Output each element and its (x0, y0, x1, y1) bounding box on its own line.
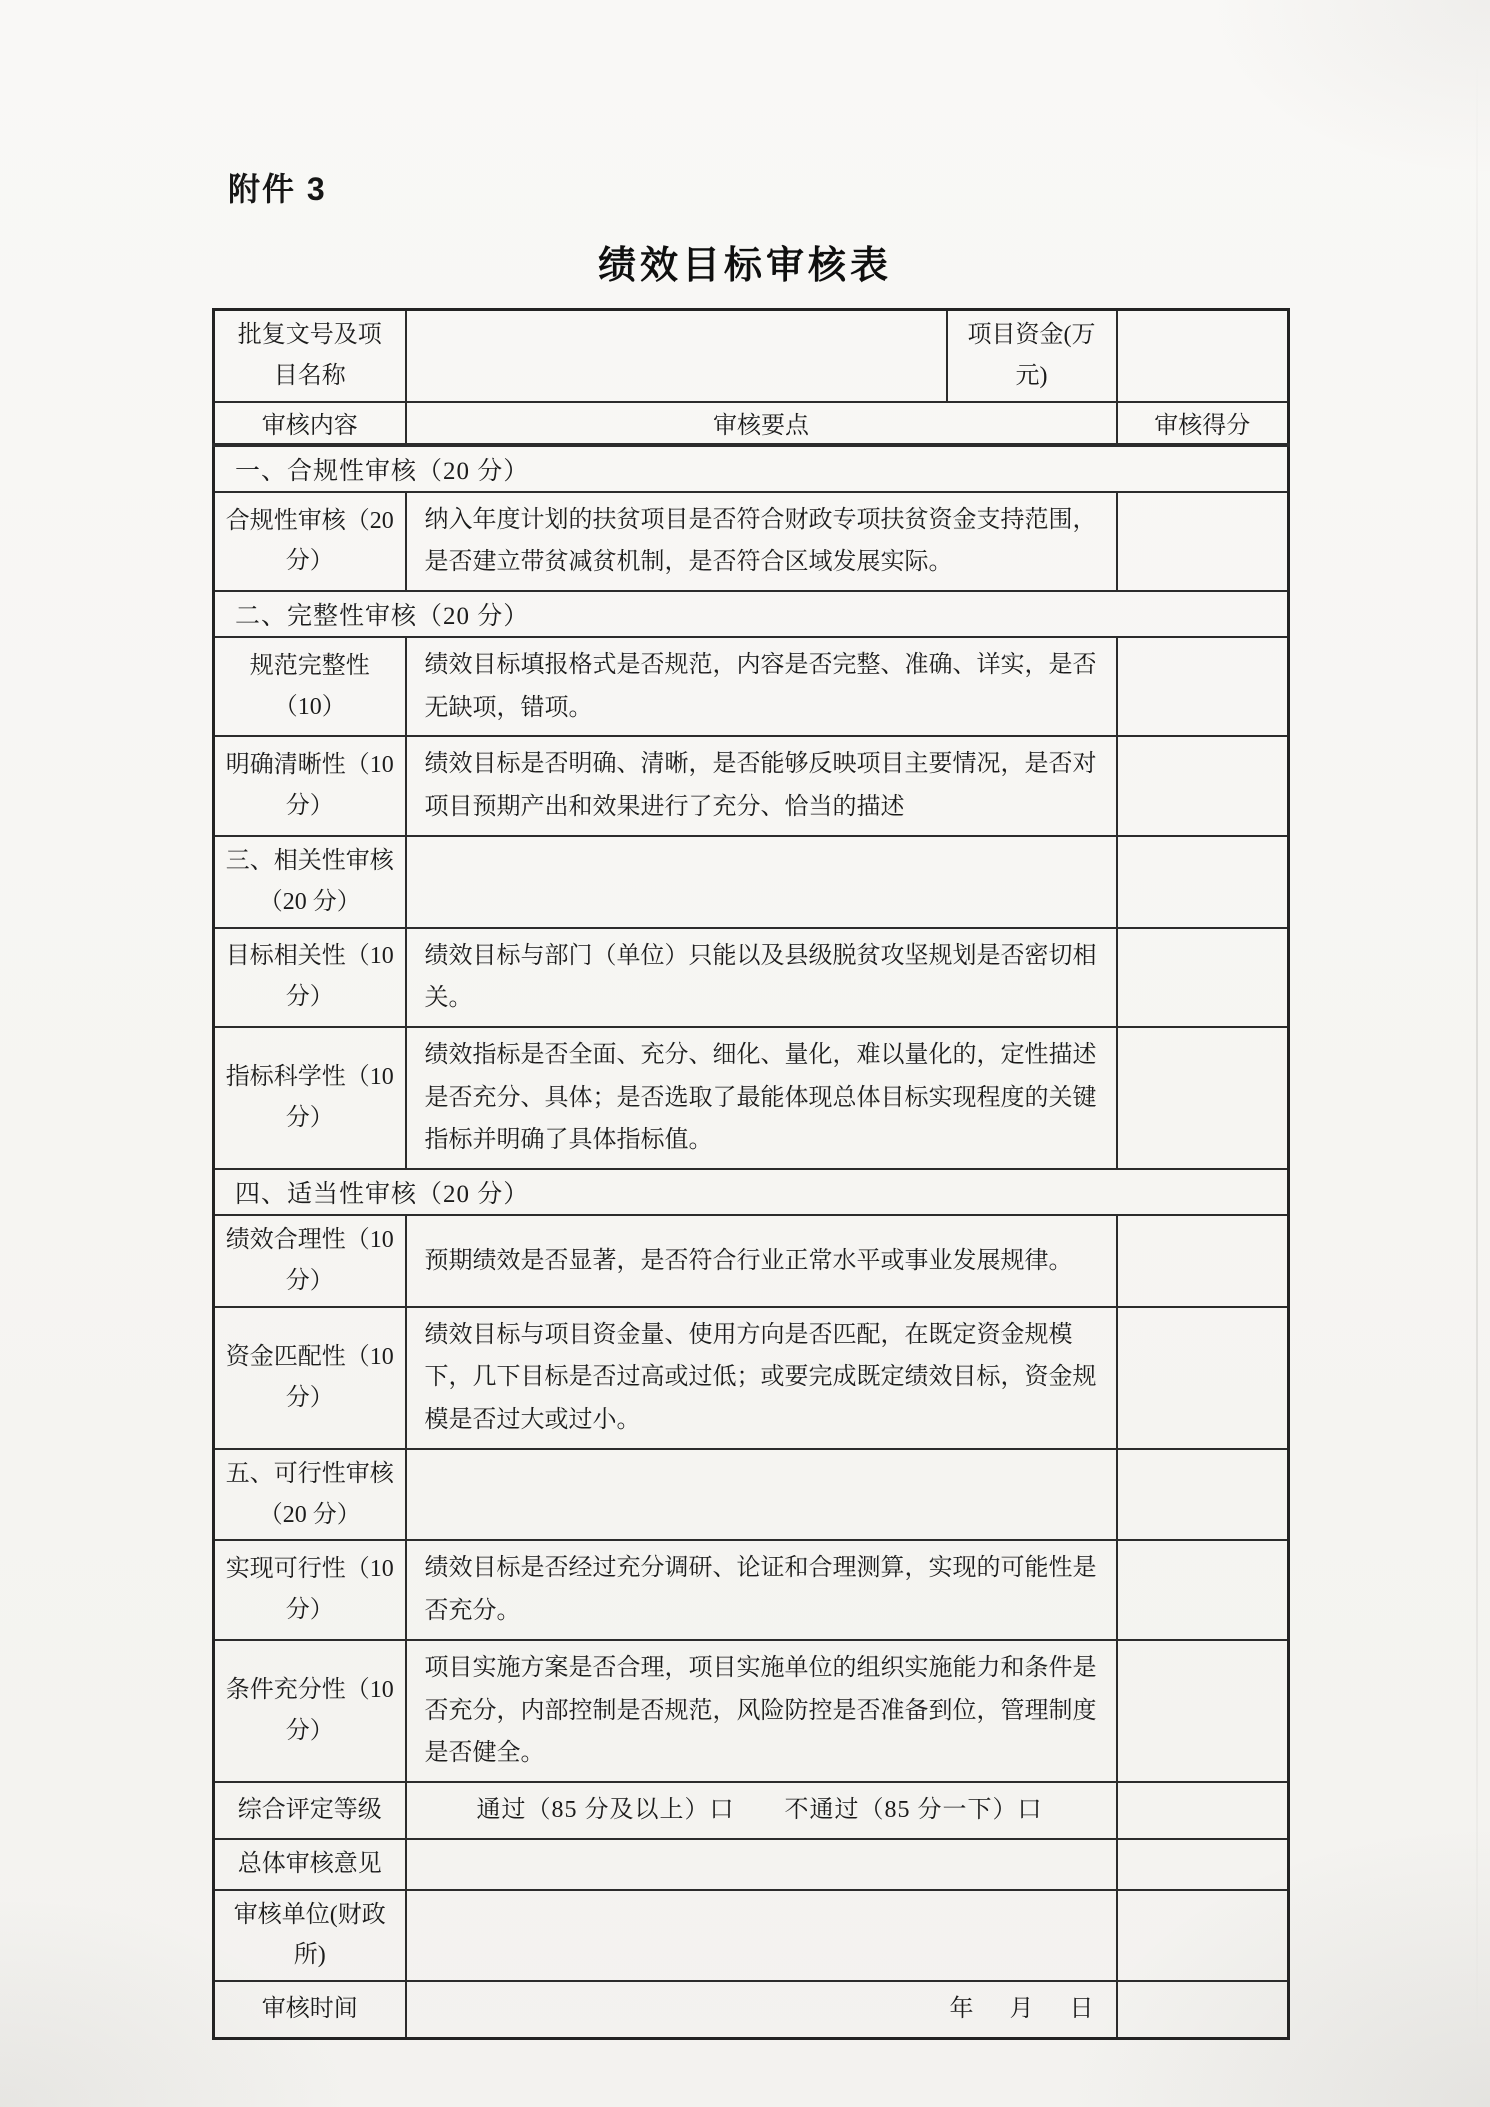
table-row-section-2: 二、完整性审核（20 分） (214, 591, 1289, 637)
review-points: 纳入年度计划的扶贫项目是否符合财政专项扶贫资金支持范围，是否建立带贫减贫机制，是… (406, 492, 1117, 591)
table-row: 指标科学性（10 分） 绩效指标是否全面、充分、细化、量化，难以量化的，定性描述… (214, 1027, 1289, 1169)
page-edge-shadow (1476, 60, 1478, 2050)
score-cell (1117, 836, 1289, 928)
criterion-label: 条件充分性（10 分） (214, 1640, 406, 1782)
table-row-section-1: 一、合规性审核（20 分） (214, 445, 1289, 492)
table-row: 规范完整性 （10） 绩效目标填报格式是否规范，内容是否完整、准确、详实，是否无… (214, 637, 1289, 736)
review-form-table: 批复文号及项 目名称 项目资金(万 元) 审核内容 审核要点 审核得分 一、合规… (212, 308, 1290, 2040)
review-date-label: 审核时间 (214, 1981, 406, 2038)
column-header-points: 审核要点 (406, 402, 1117, 445)
score-cell (1117, 736, 1289, 835)
section-title: 四、适当性审核（20 分） (214, 1169, 1289, 1215)
score-cell (1117, 1215, 1289, 1307)
table-row-columns: 审核内容 审核要点 审核得分 (214, 402, 1289, 445)
score-cell (1117, 928, 1289, 1027)
table-row-header: 批复文号及项 目名称 项目资金(万 元) (214, 310, 1289, 402)
review-points: 项目实施方案是否合理，项目实施单位的组织实施能力和条件是否充分，内部控制是否规范… (406, 1640, 1117, 1782)
approval-doc-label: 批复文号及项 目名称 (214, 310, 406, 402)
score-cell (1117, 492, 1289, 591)
overall-opinion-label: 总体审核意见 (214, 1839, 406, 1890)
criterion-label: 实现可行性（10 分） (214, 1540, 406, 1639)
score-cell (1117, 1890, 1289, 1982)
review-unit-value-cell (406, 1890, 1117, 1982)
criterion-label: 目标相关性（10 分） (214, 928, 406, 1027)
review-unit-label: 审核单位(财政 所) (214, 1890, 406, 1982)
score-cell (1117, 1839, 1289, 1890)
scanned-page: 附件 3 绩效目标审核表 批复文号及项 目名称 项目资金(万 元) 审核内容 审… (0, 0, 1490, 2107)
score-cell (1117, 1027, 1289, 1169)
review-points (406, 1449, 1117, 1541)
column-header-score: 审核得分 (1117, 402, 1289, 445)
table-row: 实现可行性（10 分） 绩效目标是否经过充分调研、论证和合理测算，实现的可能性是… (214, 1540, 1289, 1639)
review-points: 绩效目标是否经过充分调研、论证和合理测算，实现的可能性是否充分。 (406, 1540, 1117, 1639)
page-title: 绩效目标审核表 (0, 234, 1490, 289)
score-cell (1117, 1640, 1289, 1782)
review-date-value-cell: 年 月 日 (406, 1981, 1117, 2038)
table-row-section-4: 四、适当性审核（20 分） (214, 1169, 1289, 1215)
criterion-label: 规范完整性 （10） (214, 637, 406, 736)
score-cell (1117, 1307, 1289, 1449)
review-points: 绩效目标是否明确、清晰，是否能够反映项目主要情况，是否对项目预期产出和效果进行了… (406, 736, 1117, 835)
review-points (406, 836, 1117, 928)
overall-opinion-value-cell (406, 1839, 1117, 1890)
section-title: 二、完整性审核（20 分） (214, 591, 1289, 637)
table-row: 绩效合理性（10 分） 预期绩效是否显著，是否符合行业正常水平或事业发展规律。 (214, 1215, 1289, 1307)
criterion-label: 指标科学性（10 分） (214, 1027, 406, 1169)
criterion-label: 绩效合理性（10 分） (214, 1215, 406, 1307)
criterion-label: 资金匹配性（10 分） (214, 1307, 406, 1449)
project-fund-value-cell (1117, 310, 1289, 402)
table-row-review-date: 审核时间 年 月 日 (214, 1981, 1289, 2038)
project-fund-label: 项目资金(万 元) (947, 310, 1117, 402)
score-cell (1117, 1981, 1289, 2038)
column-header-content: 审核内容 (214, 402, 406, 445)
table-row-section-5: 五、可行性审核 （20 分） (214, 1449, 1289, 1541)
table-row: 资金匹配性（10 分） 绩效目标与项目资金量、使用方向是否匹配，在既定资金规模下… (214, 1307, 1289, 1449)
score-cell (1117, 1540, 1289, 1639)
table-row: 条件充分性（10 分） 项目实施方案是否合理，项目实施单位的组织实施能力和条件是… (214, 1640, 1289, 1782)
table-row-review-unit: 审核单位(财政 所) (214, 1890, 1289, 1982)
table-row: 目标相关性（10 分） 绩效目标与部门（单位）只能以及县级脱贫攻坚规划是否密切相… (214, 928, 1289, 1027)
score-cell (1117, 1782, 1289, 1839)
criterion-label: 明确清晰性（10 分） (214, 736, 406, 835)
approval-doc-value-cell (406, 310, 947, 402)
score-cell (1117, 637, 1289, 736)
criterion-label: 合规性审核（20 分） (214, 492, 406, 591)
section-title: 三、相关性审核 （20 分） (214, 836, 406, 928)
review-points: 绩效目标与部门（单位）只能以及县级脱贫攻坚规划是否密切相关。 (406, 928, 1117, 1027)
table-row-overall-rating: 综合评定等级 通过（85 分及以上）口 不通过（85 分一下）口 (214, 1782, 1289, 1839)
review-points: 绩效指标是否全面、充分、细化、量化，难以量化的，定性描述是否充分、具体；是否选取… (406, 1027, 1117, 1169)
table-row: 明确清晰性（10 分） 绩效目标是否明确、清晰，是否能够反映项目主要情况，是否对… (214, 736, 1289, 835)
review-points: 预期绩效是否显著，是否符合行业正常水平或事业发展规律。 (406, 1215, 1117, 1307)
review-points: 绩效目标填报格式是否规范，内容是否完整、准确、详实，是否无缺项，错项。 (406, 637, 1117, 736)
section-title: 一、合规性审核（20 分） (214, 445, 1289, 492)
section-title: 五、可行性审核 （20 分） (214, 1449, 406, 1541)
table-row-overall-opinion: 总体审核意见 (214, 1839, 1289, 1890)
table-row: 合规性审核（20 分） 纳入年度计划的扶贫项目是否符合财政专项扶贫资金支持范围，… (214, 492, 1289, 591)
review-points: 绩效目标与项目资金量、使用方向是否匹配，在既定资金规模下，几下目标是否过高或过低… (406, 1307, 1117, 1449)
score-cell (1117, 1449, 1289, 1541)
overall-rating-label: 综合评定等级 (214, 1782, 406, 1839)
table-row-section-3: 三、相关性审核 （20 分） (214, 836, 1289, 928)
rating-options: 通过（85 分及以上）口 不通过（85 分一下）口 (406, 1782, 1117, 1839)
attachment-label: 附件 3 (228, 164, 327, 210)
